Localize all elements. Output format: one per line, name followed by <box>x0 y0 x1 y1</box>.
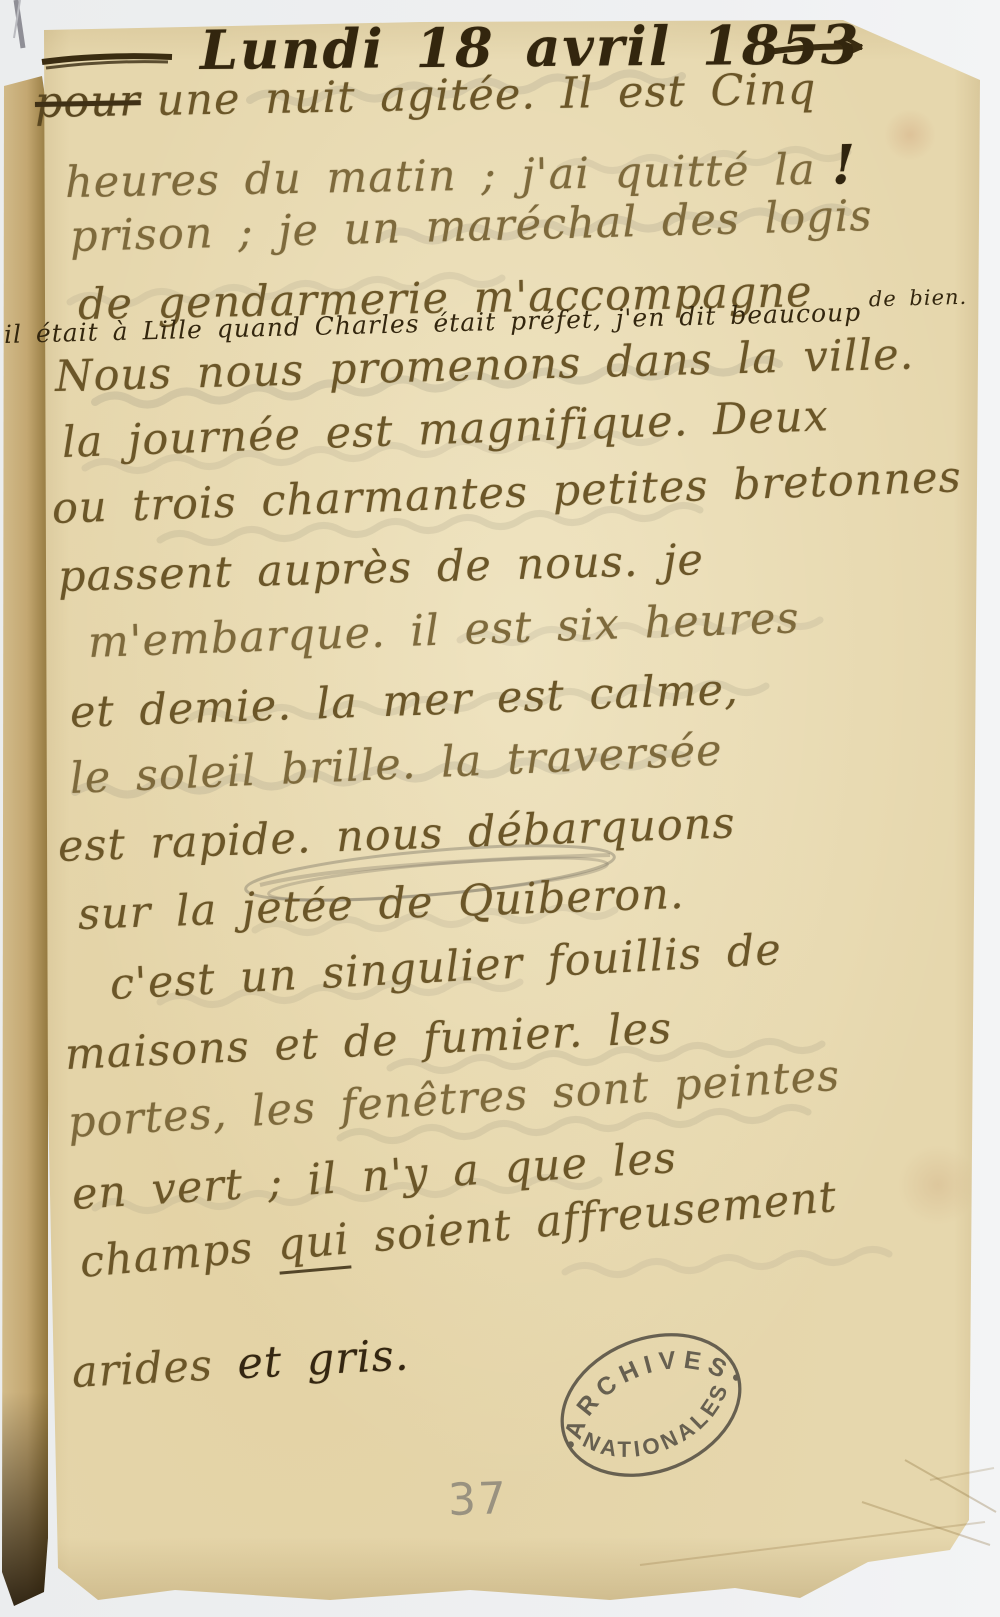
scanned-manuscript: Lundi 18 avril 1853 pourune nuit agitée.… <box>0 0 1000 1617</box>
line-text: arides <box>71 1339 239 1398</box>
underlined-word: qui <box>276 1215 352 1275</box>
exclamation-mark: ! <box>831 132 857 196</box>
struck-word: pour <box>35 76 142 128</box>
folio-number: 37 <box>447 1473 509 1526</box>
binding-pin-icon <box>14 0 23 48</box>
interline-raised-text: de bien. <box>869 285 968 312</box>
dark-ink-text: et gris. <box>236 1330 410 1389</box>
adjacent-page-stub <box>2 76 48 1606</box>
